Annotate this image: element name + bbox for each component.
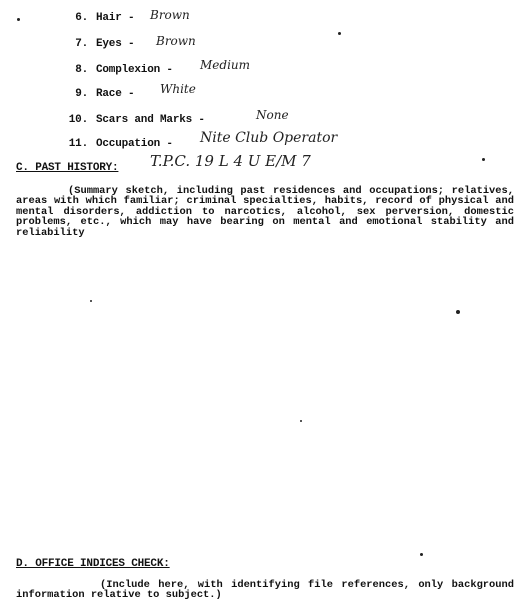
section-d-heading: D. OFFICE INDICES CHECK: bbox=[16, 558, 170, 570]
handwritten-complexion: Medium bbox=[200, 58, 250, 72]
item-number: 10. bbox=[62, 114, 88, 126]
section-d-text: (Include here, with identifying file ref… bbox=[16, 579, 514, 601]
item-eyes: 7.Eyes - bbox=[62, 38, 134, 50]
item-complexion: 8.Complexion - bbox=[62, 64, 173, 76]
scan-speck bbox=[338, 32, 341, 35]
item-number: 11. bbox=[62, 138, 88, 150]
handwritten-eyes: Brown bbox=[156, 34, 196, 48]
item-number: 7. bbox=[62, 38, 88, 50]
item-label: Hair - bbox=[96, 12, 134, 24]
item-number: 8. bbox=[62, 64, 88, 76]
section-c-instructions: (Summary sketch, including past residenc… bbox=[16, 186, 514, 238]
item-race: 9.Race - bbox=[62, 88, 134, 100]
handwritten-hair: Brown bbox=[150, 8, 190, 22]
scan-speck bbox=[90, 300, 92, 302]
handwritten-race: White bbox=[160, 82, 196, 96]
item-label: Occupation - bbox=[96, 138, 173, 150]
item-label: Scars and Marks - bbox=[96, 114, 205, 126]
handwritten-scars: None bbox=[256, 108, 289, 122]
item-label: Race - bbox=[96, 88, 134, 100]
section-d-instructions: (Include here, with identifying file ref… bbox=[16, 580, 514, 601]
item-label: Complexion - bbox=[96, 64, 173, 76]
item-number: 6. bbox=[62, 12, 88, 24]
handwritten-annotation: T.P.C. 19 L 4 U E/M 7 bbox=[150, 152, 311, 170]
section-c-text: (Summary sketch, including past residenc… bbox=[16, 185, 514, 239]
scan-speck bbox=[456, 310, 460, 314]
scan-speck bbox=[482, 158, 485, 161]
item-number: 9. bbox=[62, 88, 88, 100]
item-occupation: 11.Occupation - bbox=[62, 138, 173, 150]
scan-speck bbox=[17, 18, 20, 21]
scan-speck bbox=[300, 420, 302, 422]
item-hair: 6.Hair - bbox=[62, 12, 134, 24]
item-label: Eyes - bbox=[96, 38, 134, 50]
handwritten-occupation: Nite Club Operator bbox=[200, 130, 337, 146]
item-scars: 10.Scars and Marks - bbox=[62, 114, 205, 126]
scan-speck bbox=[420, 553, 423, 556]
section-c-heading: C. PAST HISTORY: bbox=[16, 162, 118, 174]
